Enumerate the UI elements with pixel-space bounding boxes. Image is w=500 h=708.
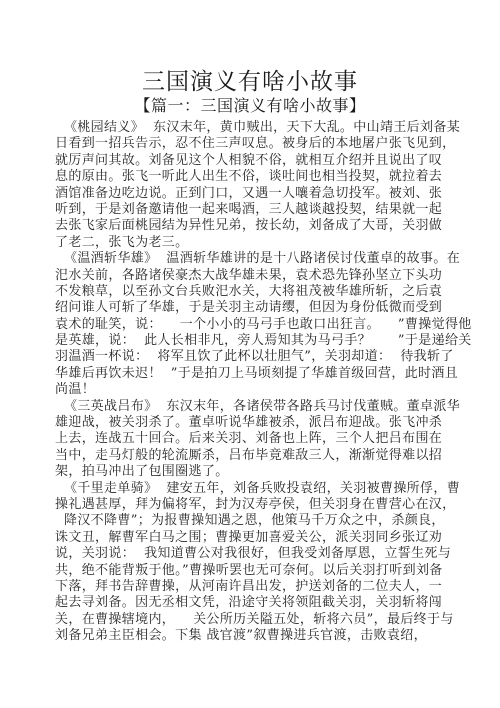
document-body: 《桃园结义》 东汉末年，黄巾贼出，天下大乱。中山靖王后刘备某 日看到一招兵告示，… [55, 120, 415, 645]
text-line: 诛文丑，解曹军白马之围；曹操更加喜爱关公，派关羽同乡张辽劝 [55, 530, 415, 546]
text-line: 刘备兄弟主臣相会。下集 战官渡”叙曹操进兵官渡，击败袁绍， [55, 628, 415, 644]
text-line: 华雄后再饮未迟！ ”于是拍刀上马顷刻提了华雄首级回营，此时酒且 [55, 366, 415, 382]
text-line: 了老二，张飞为老三。 [55, 235, 415, 251]
text-line: 上去，连战五十回合。后来关羽、刘备也上阵，三个人把吕布围在 [55, 431, 415, 447]
document-title: 三国演义有啥小故事 [0, 68, 500, 96]
text-line: 《千里走单骑》 建安五年，刘备兵败投袁绍，关羽被曹操所俘，曹 [55, 481, 415, 497]
text-line: 不发粮草，以至孙文台兵败汜水关，大将祖茂被华雄所斩，之后袁 [55, 284, 415, 300]
text-line: 就厉声问其故。刘备见这个人相貌不俗，就相互介绍并且说出了叹 [55, 153, 415, 169]
text-line: 日看到一招兵告示，忍不住三声叹息。被身后的本地屠户张飞见到， [55, 136, 415, 152]
text-line: 《三英战吕布》 东汉末年，各诸侯带各路兵马讨伐董贼。董卓派华 [55, 399, 415, 415]
text-line: 羽温酒一杯说： 将军且饮了此杯以壮胆气”，关羽却道： 待我斩了 [55, 349, 415, 365]
text-line: 息的原由。张飞一听此人出生不俗，谈吐间也相当投契，就拉着去 [55, 169, 415, 185]
text-line: 是英雄，说： 此人长相非凡，旁人焉知其为马弓手？ ”于是递给关 [55, 333, 415, 349]
text-line: 当中，走马灯般的轮流厮杀，吕布毕竟难敌三人，渐渐觉得难以招 [55, 448, 415, 464]
text-line: 袁术的耻笑，说： 一个小小的马弓手也敢口出狂言。 ”曹操觉得他 [55, 317, 415, 333]
text-line: 绍问谁人可斩了华雄，于是关羽主动请缨，但因为身份低微而受到 [55, 300, 415, 316]
text-line: 下落，拜书告辞曹操，从河南许昌出发，护送刘备的二位夫人，一 [55, 579, 415, 595]
text-line: 酒馆准备边吃边说。正到门口，又遇一人嚷着急切投军。被刘、张 [55, 186, 415, 202]
text-line: 去张飞家后面桃园结为异性兄弟，按长幼，刘备成了大哥，关羽做 [55, 218, 415, 234]
document-page: 三国演义有啥小故事 【篇一：三国演义有啥小故事】 《桃园结义》 东汉末年，黄巾贼… [0, 0, 500, 708]
text-line: 雄迎战，被关羽杀了。董卓听说华雄被杀，派吕布迎战。张飞冲杀 [55, 415, 415, 431]
text-line: 降汉不降曹”；为报曹操知遇之恩，他策马千万众之中，杀颜良， [55, 513, 415, 529]
text-line: 尚温！ [55, 382, 415, 398]
text-line: 关，在曹操辖境内， 关公所历关隘五处，斩将六员”，最后终于与 [55, 612, 415, 628]
text-line: 共，绝不能背叛于他。”曹操听罢也无可奈何。以后关羽打听到刘备 [55, 563, 415, 579]
text-line: 操礼遇甚厚，拜为偏将军，封为汉寿亭侯，但关羽身在曹营心在汉， [55, 497, 415, 513]
text-line: 《桃园结义》 东汉末年，黄巾贼出，天下大乱。中山靖王后刘备某 [55, 120, 415, 136]
text-line: 听到，于是刘备邀请他一起来喝酒，三人越谈越投契，结果就一起 [55, 202, 415, 218]
text-line: 汜水关前，各路诸侯豪杰大战华雄未果，袁术恐先锋孙坚立下头功 [55, 268, 415, 284]
text-line: 架，拍马冲出了包围圈逃了。 [55, 464, 415, 480]
text-line: 说，关羽说： 我知道曹公对我很好，但我受刘备厚恩，立誓生死与 [55, 546, 415, 562]
text-line: 《温酒斩华雄》 温酒斩华雄讲的是十八路诸侯讨伐董卓的故事。在 [55, 251, 415, 267]
document-subtitle: 【篇一：三国演义有啥小故事】 [0, 96, 500, 116]
text-line: 起去寻刘备。因无丞相文凭，沿途守关将领阻截关羽，关羽斩将闯 [55, 595, 415, 611]
